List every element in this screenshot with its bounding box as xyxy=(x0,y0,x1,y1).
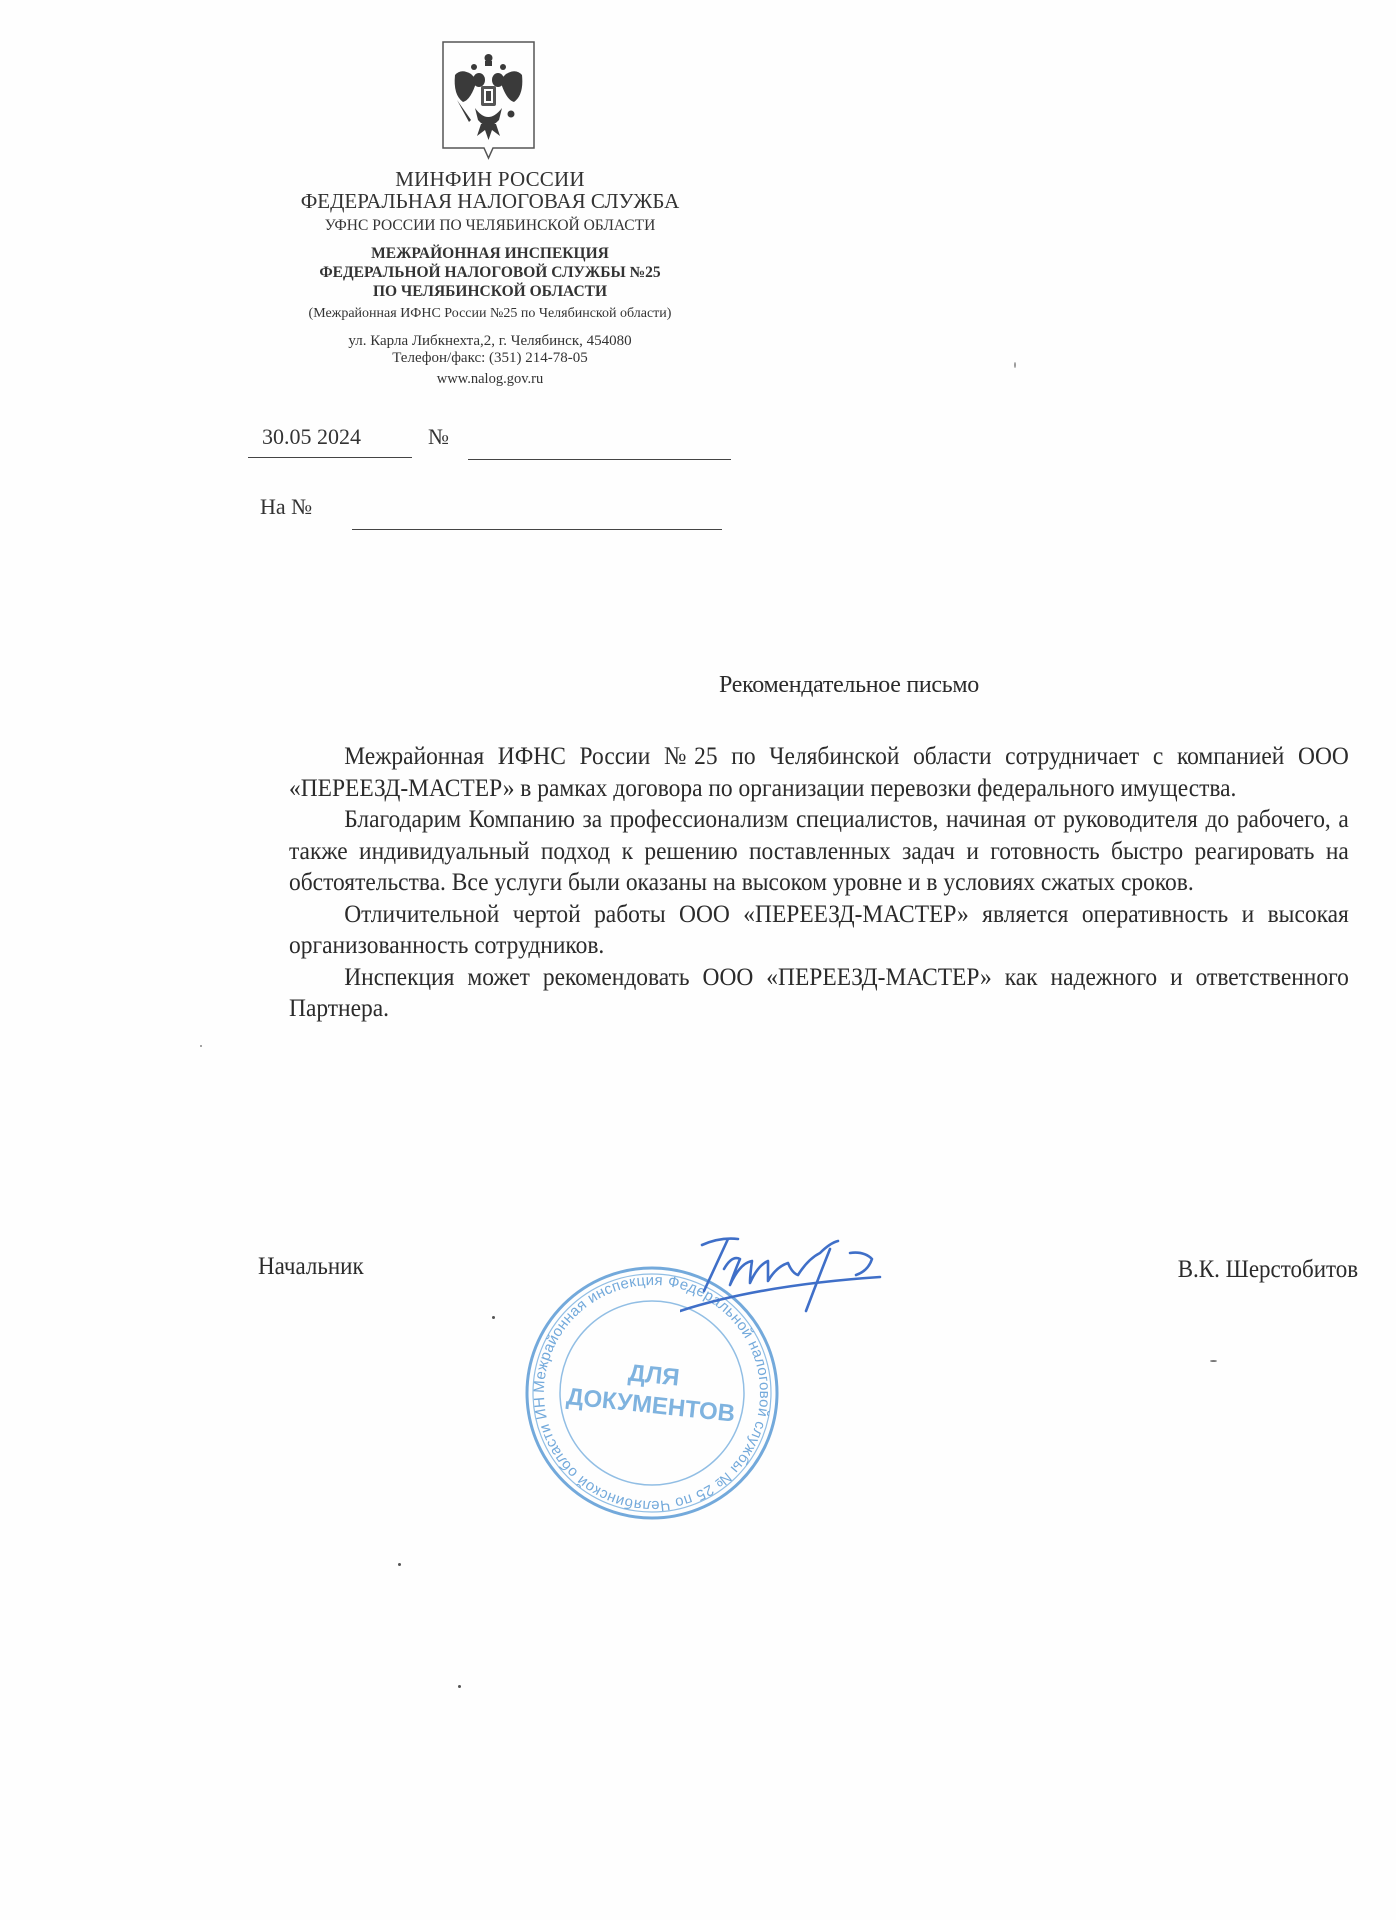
scan-artifact xyxy=(1014,362,1016,368)
scan-artifact xyxy=(492,1316,495,1319)
phone-fax: Телефон/факс: (351) 214-78-05 xyxy=(240,350,740,367)
letterhead: МИНФИН РОССИИ ФЕДЕРАЛЬНАЯ НАЛОГОВАЯ СЛУЖ… xyxy=(240,168,740,388)
letter-number-field xyxy=(468,420,731,460)
scan-artifact xyxy=(1210,1360,1217,1362)
number-label: № xyxy=(428,420,449,454)
inspection-short-name: (Межрайонная ИФНС России №25 по Челябинс… xyxy=(240,305,740,323)
service-name: ФЕДЕРАЛЬНАЯ НАЛОГОВАЯ СЛУЖБА xyxy=(240,190,740,212)
regional-office: УФНС РОССИИ ПО ЧЕЛЯБИНСКОЙ ОБЛАСТИ xyxy=(240,216,740,236)
document-page: МИНФИН РОССИИ ФЕДЕРАЛЬНАЯ НАЛОГОВАЯ СЛУЖ… xyxy=(0,0,1396,1920)
inspection-name-line1: МЕЖРАЙОННАЯ ИНСПЕКЦИЯ xyxy=(240,244,740,263)
outgoing-reference: 30.05 2024 № xyxy=(248,420,738,460)
paragraph: Благодарим Компанию за профессионализм с… xyxy=(289,803,1349,898)
letter-date: 30.05 2024 xyxy=(248,420,412,458)
incoming-reference: На № xyxy=(260,490,740,530)
signatory-position: Начальник xyxy=(258,1253,364,1281)
scan-artifact xyxy=(200,1045,202,1047)
paragraph: Межрайонная ИФНС России №25 по Челябинск… xyxy=(289,740,1349,803)
address: ул. Карла Либкнехта,2, г. Челябинск, 454… xyxy=(240,332,740,350)
inspection-name-line3: ПО ЧЕЛЯБИНСКОЙ ОБЛАСТИ xyxy=(240,282,740,301)
website: www.nalog.gov.ru xyxy=(240,370,740,388)
ministry-name: МИНФИН РОССИИ xyxy=(240,168,740,190)
inspection-name-line2: ФЕДЕРАЛЬНОЙ НАЛОГОВОЙ СЛУЖБЫ №25 xyxy=(240,263,740,282)
coat-of-arms-icon xyxy=(441,40,536,162)
letter-body: Межрайонная ИФНС России №25 по Челябинск… xyxy=(289,740,1349,1024)
stamp-center-line2: ДОКУМЕНТОВ xyxy=(565,1383,736,1428)
in-reply-label: На № xyxy=(260,490,312,524)
scan-artifact xyxy=(398,1563,401,1566)
letter-title: Рекомендательное письмо xyxy=(280,672,1348,699)
paragraph: Отличительной чертой работы ООО «ПЕРЕЕЗД… xyxy=(289,898,1349,961)
paragraph: Инспекция может рекомендовать ООО «ПЕРЕЕ… xyxy=(289,961,1349,1024)
signature-block: Начальник В.К. Шерстобитов xyxy=(258,1253,1358,1293)
scan-artifact xyxy=(458,1685,461,1688)
signatory-name: В.К. Шерстобитов xyxy=(1178,1256,1358,1284)
stamp-center-line1: ДЛЯ xyxy=(627,1359,681,1391)
in-reply-number-field xyxy=(352,490,722,530)
